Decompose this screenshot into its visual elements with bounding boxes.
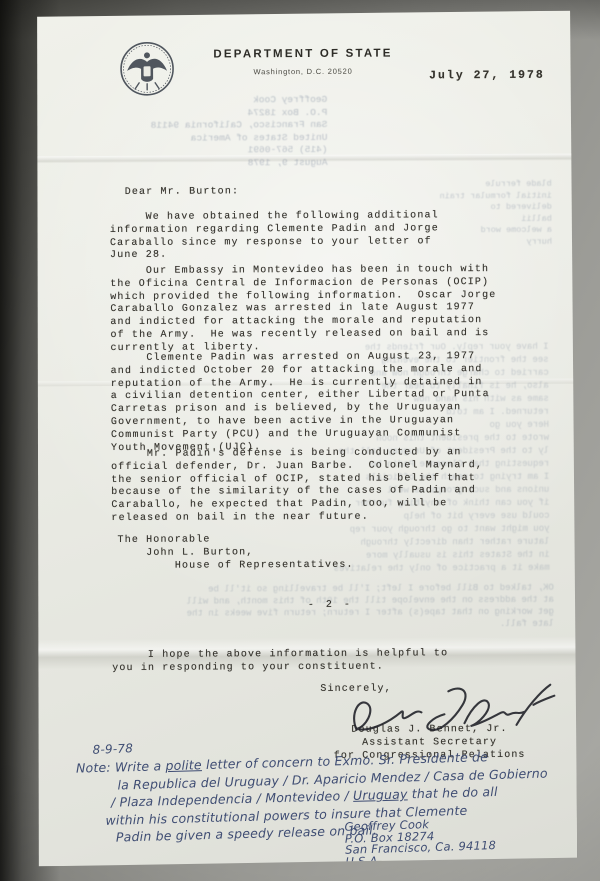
fold-crease-top xyxy=(34,154,574,164)
salutation: Dear Mr. Burton: xyxy=(125,186,239,199)
note-signer-phone: (415) 567-0691 xyxy=(346,863,497,879)
body-paragraph-2: Our Embassy in Montevideo has been in to… xyxy=(110,264,497,356)
letter-paper: Geoffrey Cook P.O. Box 18274 San Francis… xyxy=(33,11,577,867)
closing-paragraph: I hope the above information is helpful … xyxy=(112,648,448,675)
body-paragraph-1: We have obtained the following additiona… xyxy=(110,210,439,263)
page-number: - 2 - xyxy=(308,600,353,613)
recipient-block: The Honorable John L. Burton, House of R… xyxy=(118,534,354,574)
photo-backdrop: Geoffrey Cook P.O. Box 18274 San Francis… xyxy=(0,0,600,881)
letterhead-title: DEPARTMENT OF STATE xyxy=(33,47,573,62)
note-signature-block: Geoffrey Cook P.O. Box 18274 San Francis… xyxy=(344,817,497,879)
letter-date: July 27, 1978 xyxy=(429,69,545,83)
signature-script xyxy=(344,679,559,750)
bleedthrough-address-block: Geoffrey Cook P.O. Box 18274 San Francis… xyxy=(137,94,327,170)
body-paragraph-3: Clemente Padin was arrested on August 23… xyxy=(111,351,491,455)
note-date: 8-9-78 xyxy=(92,741,133,757)
body-paragraph-4: Mr. Padin's defense is being conducted b… xyxy=(111,447,483,526)
